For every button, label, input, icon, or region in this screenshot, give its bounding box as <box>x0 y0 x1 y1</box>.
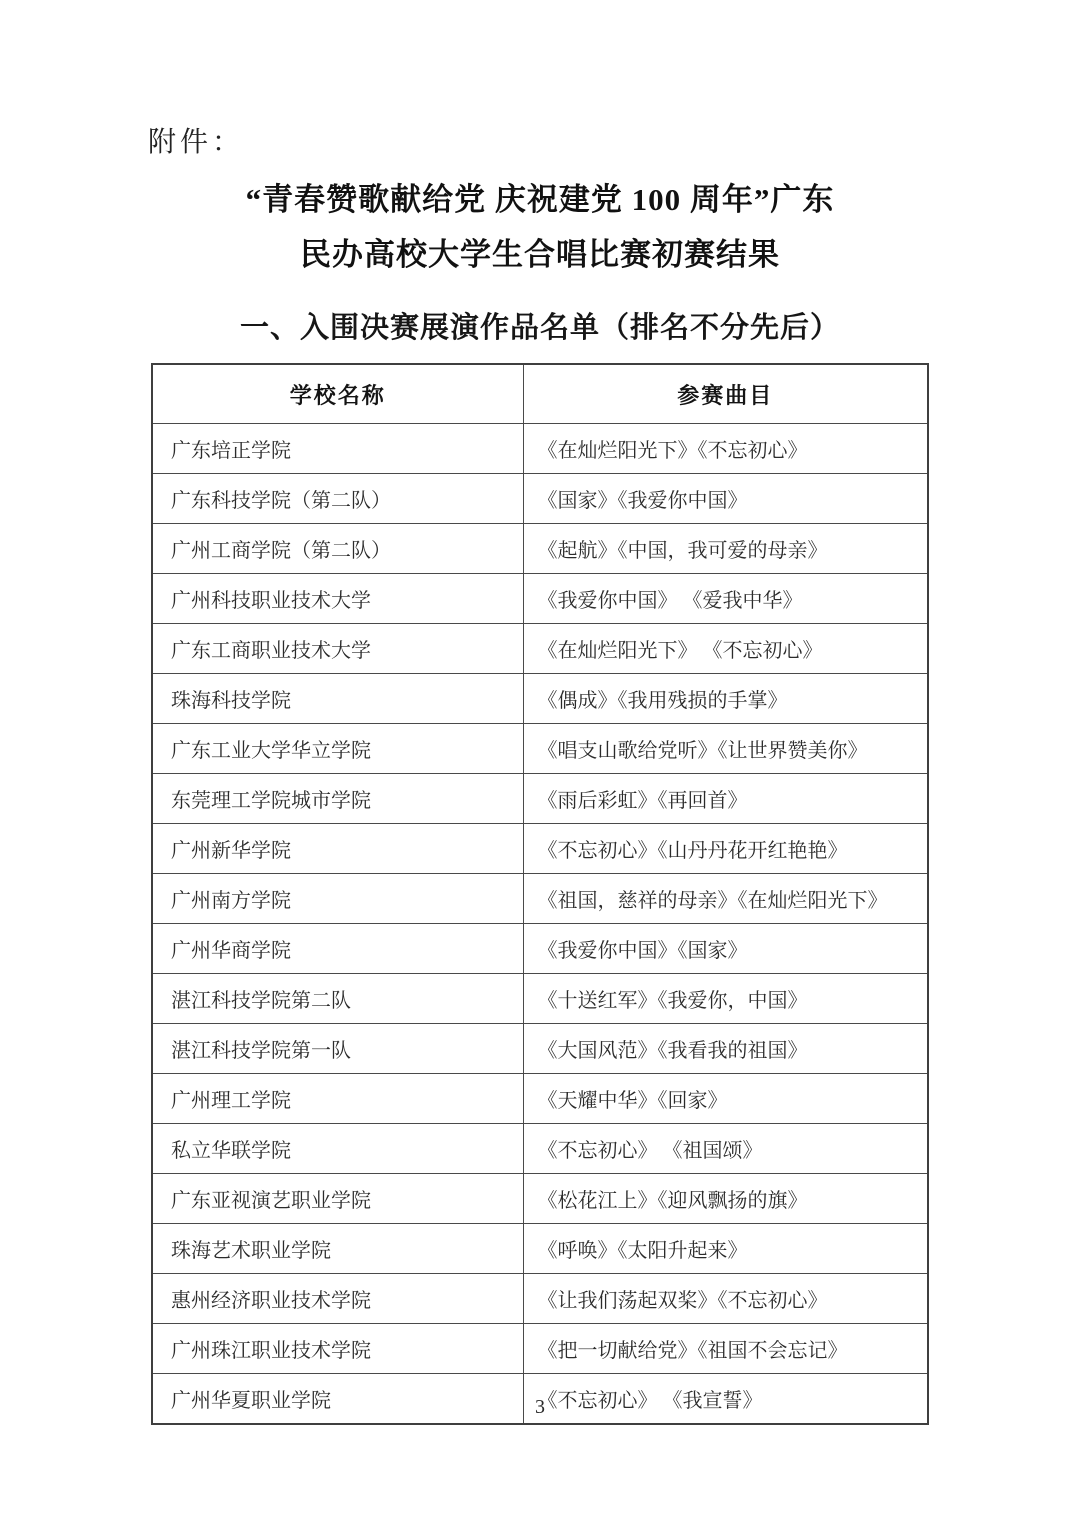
school-name-cell: 湛江科技学院第一队 <box>152 1024 523 1074</box>
school-name-cell: 广东亚视演艺职业学院 <box>152 1174 523 1224</box>
table-row: 惠州经济职业技术学院《让我们荡起双桨》《不忘初心》 <box>152 1274 928 1324</box>
table-row: 东莞理工学院城市学院《雨后彩虹》《再回首》 <box>152 774 928 824</box>
school-name-cell: 广州华商学院 <box>152 924 523 974</box>
songs-cell: 《十送红军》《我爱你，中国》 <box>523 974 928 1024</box>
table-row: 广东科技学院（第二队）《国家》《我爱你中国》 <box>152 474 928 524</box>
table-row: 广州工商学院（第二队）《起航》《中国，我可爱的母亲》 <box>152 524 928 574</box>
school-name-cell: 广州科技职业技术大学 <box>152 574 523 624</box>
school-name-cell: 广州珠江职业技术学院 <box>152 1324 523 1374</box>
songs-cell: 《我爱你中国》《国家》 <box>523 924 928 974</box>
table-row: 广州科技职业技术大学《我爱你中国》 《爱我中华》 <box>152 574 928 624</box>
school-name-cell: 广东科技学院（第二队） <box>152 474 523 524</box>
school-name-header: 学校名称 <box>152 364 523 424</box>
songs-cell: 《我爱你中国》 《爱我中华》 <box>523 574 928 624</box>
school-name-cell: 广州新华学院 <box>152 824 523 874</box>
table-row: 广州华商学院《我爱你中国》《国家》 <box>152 924 928 974</box>
page-number: 3 <box>0 1396 1080 1419</box>
table-row: 广州珠江职业技术学院《把一切献给党》《祖国不会忘记》 <box>152 1324 928 1374</box>
table-row: 广东亚视演艺职业学院《松花江上》《迎风飘扬的旗》 <box>152 1174 928 1224</box>
table-row: 珠海艺术职业学院《呼唤》《太阳升起来》 <box>152 1224 928 1274</box>
songs-cell: 《大国风范》《我看我的祖国》 <box>523 1024 928 1074</box>
songs-cell: 《不忘初心》 《祖国颂》 <box>523 1124 928 1174</box>
table-row: 湛江科技学院第二队《十送红军》《我爱你，中国》 <box>152 974 928 1024</box>
school-name-cell: 湛江科技学院第二队 <box>152 974 523 1024</box>
songs-header: 参赛曲目 <box>523 364 928 424</box>
songs-cell: 《把一切献给党》《祖国不会忘记》 <box>523 1324 928 1374</box>
songs-cell: 《不忘初心》《山丹丹花开红艳艳》 <box>523 824 928 874</box>
school-name-cell: 珠海艺术职业学院 <box>152 1224 523 1274</box>
school-name-cell: 惠州经济职业技术学院 <box>152 1274 523 1324</box>
school-name-cell: 私立华联学院 <box>152 1124 523 1174</box>
table-row: 广东培正学院《在灿烂阳光下》《不忘初心》 <box>152 424 928 474</box>
table-row: 湛江科技学院第一队《大国风范》《我看我的祖国》 <box>152 1024 928 1074</box>
school-name-cell: 珠海科技学院 <box>152 674 523 724</box>
section-heading: 一、入围决赛展演作品名单（排名不分先后） <box>0 305 1080 346</box>
attachment-label: 附件： <box>148 120 244 160</box>
songs-cell: 《唱支山歌给党听》《让世界赞美你》 <box>523 724 928 774</box>
table-row: 私立华联学院《不忘初心》 《祖国颂》 <box>152 1124 928 1174</box>
songs-cell: 《雨后彩虹》《再回首》 <box>523 774 928 824</box>
results-table: 学校名称 参赛曲目 广东培正学院《在灿烂阳光下》《不忘初心》广东科技学院（第二队… <box>151 363 929 1425</box>
school-name-cell: 东莞理工学院城市学院 <box>152 774 523 824</box>
table-row: 珠海科技学院《偶成》《我用残损的手掌》 <box>152 674 928 724</box>
table-header-row: 学校名称 参赛曲目 <box>152 364 928 424</box>
document-title: “青春赞歌献给党 庆祝建党 100 周年”广东 民办高校大学生合唱比赛初赛结果 <box>0 172 1080 282</box>
results-table-body: 广东培正学院《在灿烂阳光下》《不忘初心》广东科技学院（第二队）《国家》《我爱你中… <box>152 424 928 1425</box>
songs-cell: 《天耀中华》《回家》 <box>523 1074 928 1124</box>
school-name-cell: 广东培正学院 <box>152 424 523 474</box>
table-row: 广东工业大学华立学院《唱支山歌给党听》《让世界赞美你》 <box>152 724 928 774</box>
document-title-line2: 民办高校大学生合唱比赛初赛结果 <box>0 227 1080 282</box>
table-row: 广东工商职业技术大学《在灿烂阳光下》 《不忘初心》 <box>152 624 928 674</box>
document-page: 附件： “青春赞歌献给党 庆祝建党 100 周年”广东 民办高校大学生合唱比赛初… <box>0 0 1080 1528</box>
school-name-cell: 广东工业大学华立学院 <box>152 724 523 774</box>
songs-cell: 《在灿烂阳光下》《不忘初心》 <box>523 424 928 474</box>
school-name-cell: 广州工商学院（第二队） <box>152 524 523 574</box>
school-name-cell: 广州理工学院 <box>152 1074 523 1124</box>
table-row: 广州理工学院《天耀中华》《回家》 <box>152 1074 928 1124</box>
songs-cell: 《在灿烂阳光下》 《不忘初心》 <box>523 624 928 674</box>
songs-cell: 《祖国，慈祥的母亲》《在灿烂阳光下》 <box>523 874 928 924</box>
songs-cell: 《国家》《我爱你中国》 <box>523 474 928 524</box>
document-title-line1: “青春赞歌献给党 庆祝建党 100 周年”广东 <box>0 172 1080 227</box>
songs-cell: 《让我们荡起双桨》《不忘初心》 <box>523 1274 928 1324</box>
table-row: 广州新华学院《不忘初心》《山丹丹花开红艳艳》 <box>152 824 928 874</box>
songs-cell: 《偶成》《我用残损的手掌》 <box>523 674 928 724</box>
table-row: 广州南方学院《祖国，慈祥的母亲》《在灿烂阳光下》 <box>152 874 928 924</box>
songs-cell: 《松花江上》《迎风飘扬的旗》 <box>523 1174 928 1224</box>
school-name-cell: 广东工商职业技术大学 <box>152 624 523 674</box>
songs-cell: 《呼唤》《太阳升起来》 <box>523 1224 928 1274</box>
school-name-cell: 广州南方学院 <box>152 874 523 924</box>
songs-cell: 《起航》《中国，我可爱的母亲》 <box>523 524 928 574</box>
